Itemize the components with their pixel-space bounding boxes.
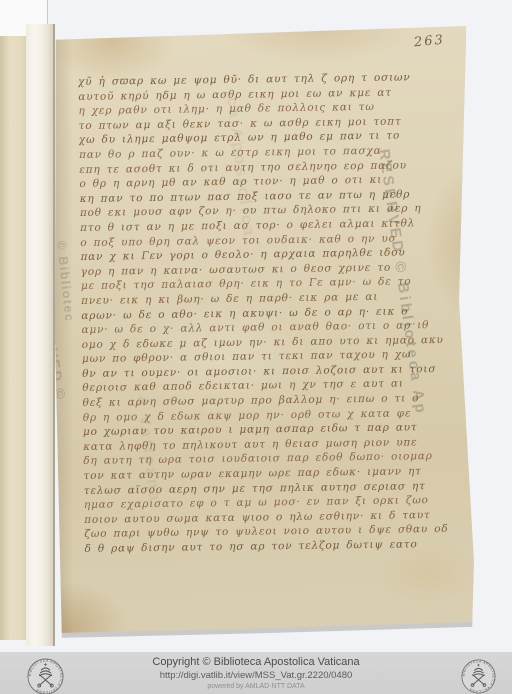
scan-viewer: ca Apostolica a Vaticana RESERVED © Bibl… <box>0 0 512 694</box>
vatican-seal-icon: BIBLIOTECA APOSTOLICA VATICANA <box>461 659 496 694</box>
source-url: http://digi.vatlib.it/view/MSS_Vat.gr.22… <box>0 670 512 681</box>
vatican-library-seal-right: BIBLIOTECA APOSTOLICA VATICANA <box>461 659 496 694</box>
page-stack-edge <box>26 24 55 646</box>
powered-by-text: powered by AMLAD·NTT DATA <box>0 683 512 690</box>
manuscript-text-block: χῦ ἦ σϖαρ κω με ψομ θῦ· δι αυτ τηλ ζ ορη… <box>78 71 463 558</box>
book-cover-edge <box>0 36 29 640</box>
manuscript-page: ca Apostolica a Vaticana RESERVED © Bibl… <box>52 22 479 636</box>
watermark-left-band-a: © Bibliotec <box>54 240 76 323</box>
vatican-library-seal-left: BIBLIOTECA APOSTOLICA VATICANA <box>27 658 64 694</box>
vatican-seal-icon: BIBLIOTECA APOSTOLICA VATICANA <box>27 658 64 694</box>
folio-number: 263 <box>413 33 445 51</box>
copyright-text: Copyright © Biblioteca Apostolica Vatica… <box>0 656 512 668</box>
